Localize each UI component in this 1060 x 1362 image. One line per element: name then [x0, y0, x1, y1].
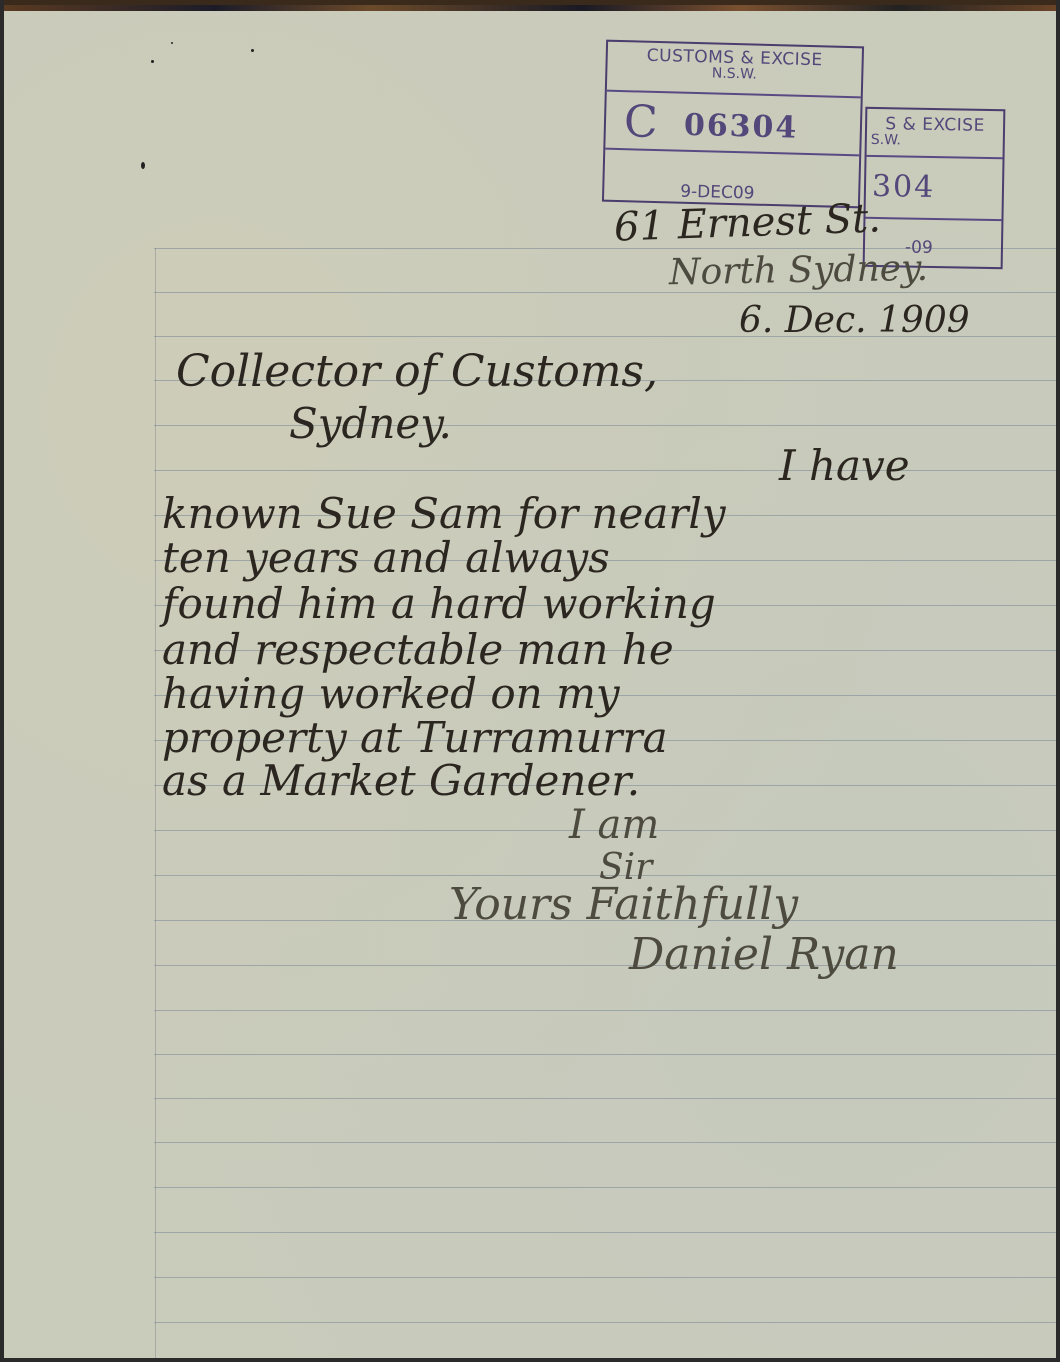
body-line-3: ten years and always — [162, 537, 610, 579]
ink-speck — [141, 162, 145, 169]
torn-top-edge — [4, 5, 1056, 11]
ink-speck — [151, 60, 154, 63]
recipient-city: Sydney. — [289, 403, 452, 445]
body-line-5: and respectable man he — [162, 629, 674, 671]
ruled-line — [154, 292, 1056, 293]
ink-speck — [251, 49, 254, 52]
ruled-line — [154, 1142, 1056, 1143]
stamp-number: 304 — [872, 169, 936, 205]
closing-yours-faithfully: Yours Faithfully — [449, 883, 798, 927]
body-line-7: property at Turramurra — [162, 717, 668, 759]
ruled-line — [154, 1277, 1056, 1278]
body-line-6: having worked on my — [162, 673, 620, 715]
letter-paper: CUSTOMS & EXCISE N.S.W. C 06304 9-DEC09 … — [4, 0, 1056, 1358]
stamp-prefix: C — [623, 96, 658, 148]
body-line-4: found him a hard working — [162, 583, 716, 625]
letter-date: 6. Dec. 1909 — [739, 303, 970, 339]
body-line-2: known Sue Sam for nearly — [162, 493, 726, 535]
margin-line — [155, 248, 156, 1358]
sender-address-street: 61 Ernest St. — [613, 198, 881, 247]
ruled-line — [154, 1098, 1056, 1099]
ruled-line — [154, 1232, 1056, 1233]
ruled-line — [154, 1010, 1056, 1011]
body-line-8: as a Market Gardener. — [162, 760, 640, 802]
stamp-number: 06304 — [683, 108, 798, 146]
ruled-line — [154, 1054, 1056, 1055]
signature: Daniel Ryan — [629, 933, 899, 977]
customs-stamp: CUSTOMS & EXCISE N.S.W. C 06304 9-DEC09 — [602, 40, 864, 209]
ruled-line — [154, 1187, 1056, 1188]
ruled-line — [154, 965, 1056, 966]
ink-speck — [171, 42, 173, 44]
customs-stamp-partial: S & EXCISE S.W. 304 -09 — [863, 107, 1006, 269]
body-line-1: I have — [779, 445, 910, 487]
closing-i-am: I am — [569, 805, 659, 845]
ruled-line — [154, 1322, 1056, 1323]
ruled-line — [154, 470, 1056, 471]
sender-address-suburb: North Sydney. — [669, 251, 929, 292]
recipient-title: Collector of Customs, — [176, 350, 658, 394]
